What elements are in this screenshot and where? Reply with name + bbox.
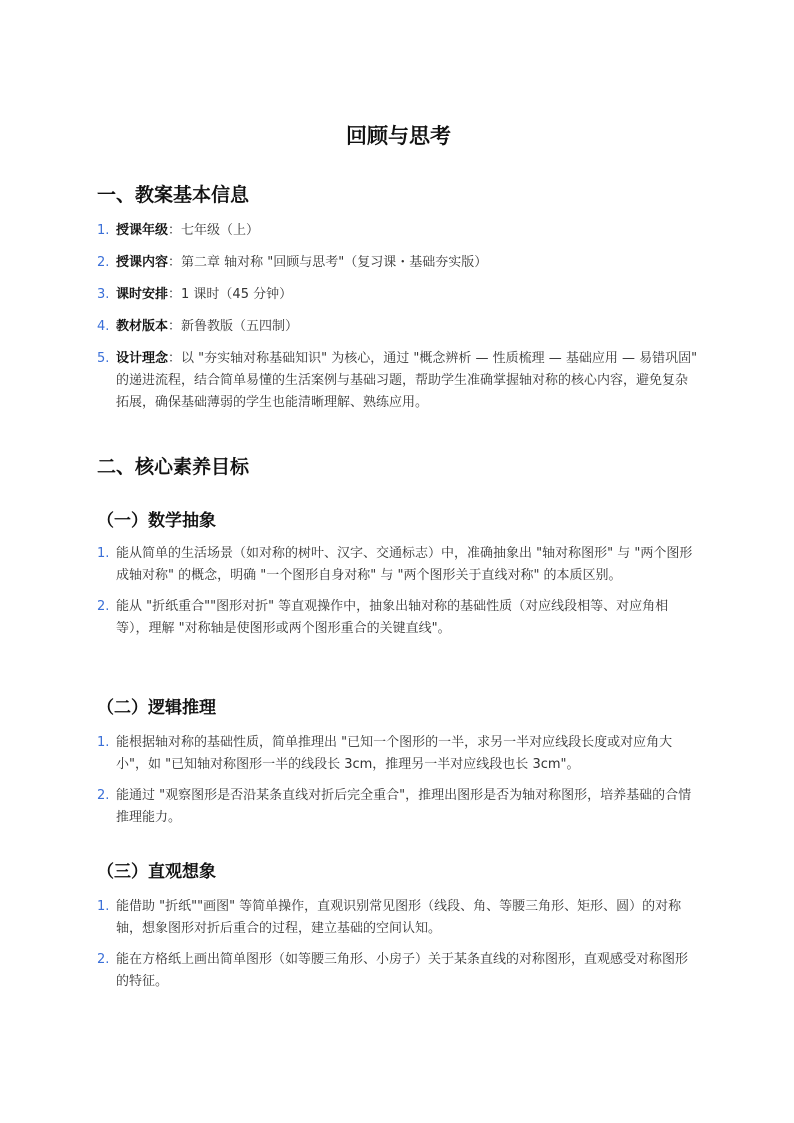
label-separator: ： <box>168 255 181 270</box>
list-item: 4. 教材版本：新鲁教版（五四制） <box>97 316 700 338</box>
list-item: 3. 课时安排：1 课时（45 分钟） <box>97 284 700 306</box>
list-number: 3. <box>97 284 109 306</box>
list-item: 2. 能从 "折纸重合""图形对折" 等直观操作中，抽象出轴对称的基础性质（对应… <box>97 596 700 640</box>
list-number: 1. <box>97 896 109 918</box>
subsection-heading-reasoning: （二）逻辑推理 <box>97 693 216 718</box>
list-number: 2. <box>97 785 109 807</box>
item-text: 能借助 "折纸""画图" 等简单操作，直观识别常见图形（线段、角、等腰三角形、矩… <box>116 899 681 936</box>
item-label: 教材版本 <box>116 319 168 334</box>
label-separator: ： <box>168 223 181 238</box>
subsection-heading-visualization: （三）直观想象 <box>97 857 216 882</box>
item-label: 课时安排 <box>116 287 168 302</box>
list-item: 2. 能在方格纸上画出简单图形（如等腰三角形、小房子）关于某条直线的对称图形，直… <box>97 949 700 993</box>
label-separator: ： <box>168 351 181 366</box>
list-number: 5. <box>97 348 109 370</box>
section-heading-basic-info: 一、教案基本信息 <box>97 180 249 207</box>
visualization-list: 1. 能借助 "折纸""画图" 等简单操作，直观识别常见图形（线段、角、等腰三角… <box>97 896 700 993</box>
item-text: 第二章 轴对称 "回顾与思考"（复习课・基础夯实版） <box>181 255 487 270</box>
item-text: 能在方格纸上画出简单图形（如等腰三角形、小房子）关于某条直线的对称图形，直观感受… <box>116 952 688 989</box>
label-separator: ： <box>168 287 181 302</box>
section-heading-core-literacy: 二、核心素养目标 <box>97 452 249 479</box>
reasoning-list: 1. 能根据轴对称的基础性质，简单推理出 "已知一个图形的一半，求另一半对应线段… <box>97 732 700 829</box>
item-text: 新鲁教版（五四制） <box>181 319 298 334</box>
list-number: 1. <box>97 220 109 242</box>
list-item: 5. 设计理念：以 "夯实轴对称基础知识" 为核心，通过 "概念辨析 — 性质梳… <box>97 348 700 414</box>
list-number: 2. <box>97 949 109 971</box>
basic-info-list: 1. 授课年级：七年级（上） 2. 授课内容：第二章 轴对称 "回顾与思考"（复… <box>97 220 700 414</box>
item-text: 能从简单的生活场景（如对称的树叶、汉字、交通标志）中，准确抽象出 "轴对称图形"… <box>116 546 692 583</box>
list-number: 2. <box>97 252 109 274</box>
list-item: 1. 能根据轴对称的基础性质，简单推理出 "已知一个图形的一半，求另一半对应线段… <box>97 732 700 776</box>
item-label: 授课内容 <box>116 255 168 270</box>
list-number: 4. <box>97 316 109 338</box>
list-item: 1. 能从简单的生活场景（如对称的树叶、汉字、交通标志）中，准确抽象出 "轴对称… <box>97 543 700 587</box>
item-label: 设计理念 <box>116 351 168 366</box>
list-item: 1. 授课年级：七年级（上） <box>97 220 700 242</box>
page-title: 回顾与思考 <box>97 120 700 150</box>
item-text: 七年级（上） <box>181 223 259 238</box>
item-text: 以 "夯实轴对称基础知识" 为核心，通过 "概念辨析 — 性质梳理 — 基础应用… <box>116 351 697 410</box>
list-number: 1. <box>97 732 109 754</box>
item-label: 授课年级 <box>116 223 168 238</box>
abstraction-list: 1. 能从简单的生活场景（如对称的树叶、汉字、交通标志）中，准确抽象出 "轴对称… <box>97 543 700 640</box>
list-number: 2. <box>97 596 109 618</box>
item-text: 能通过 "观察图形是否沿某条直线对折后完全重合"，推理出图形是否为轴对称图形，培… <box>116 788 691 825</box>
list-number: 1. <box>97 543 109 565</box>
label-separator: ： <box>168 319 181 334</box>
item-text: 能根据轴对称的基础性质，简单推理出 "已知一个图形的一半，求另一半对应线段长度或… <box>116 735 672 772</box>
list-item: 2. 能通过 "观察图形是否沿某条直线对折后完全重合"，推理出图形是否为轴对称图… <box>97 785 700 829</box>
item-text: 能从 "折纸重合""图形对折" 等直观操作中，抽象出轴对称的基础性质（对应线段相… <box>116 599 668 636</box>
item-text: 1 课时（45 分钟） <box>181 287 292 302</box>
list-item: 1. 能借助 "折纸""画图" 等简单操作，直观识别常见图形（线段、角、等腰三角… <box>97 896 700 940</box>
subsection-heading-abstraction: （一）数学抽象 <box>97 506 216 531</box>
list-item: 2. 授课内容：第二章 轴对称 "回顾与思考"（复习课・基础夯实版） <box>97 252 700 274</box>
